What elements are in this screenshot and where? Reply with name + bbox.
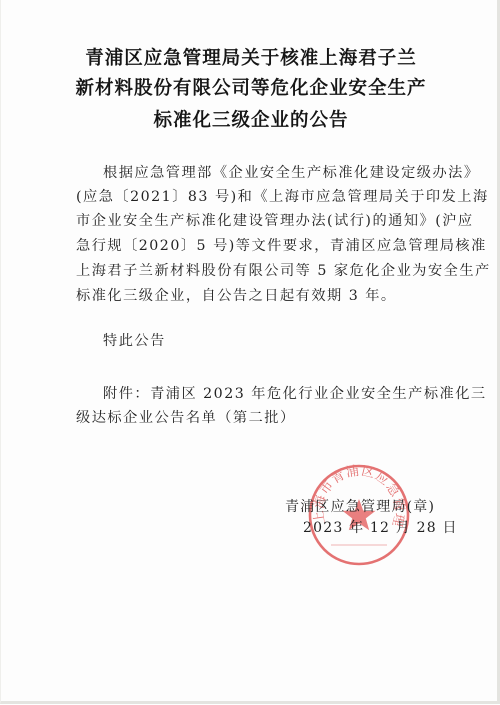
body-line-5: 上海君子兰新材料股份有限公司等 5 家危化企业为安全生产 [76, 262, 418, 280]
body-line-4: 急行规〔2020〕5 号)等文件要求，青浦区应急管理局核准 [76, 237, 418, 255]
document-title-line-1: 青浦区应急管理局关于核准上海君子兰 [61, 44, 441, 70]
attachment-line-1: 附件：青浦区 2023 年危化行业企业安全生产标准化三 [103, 385, 418, 403]
document-title-line-2: 新材料股份有限公司等危化企业安全生产 [61, 74, 441, 100]
body-line-1: 根据应急管理部《企业安全生产标准化建设定级办法》 [103, 164, 418, 182]
document-title-line-3: 标准化三级企业的公告 [61, 106, 441, 132]
closing-text: 特此公告 [103, 332, 166, 350]
attachment-line-2: 级达标企业公告名单（第二批） [76, 409, 296, 427]
body-line-6: 标准化三级企业，自公告之日起有效期 3 年。 [76, 287, 418, 305]
issue-date: 2023 年 12 月 28 日 [303, 519, 458, 537]
issuer-signature: 青浦区应急管理局(章) [285, 498, 435, 516]
body-line-2: (应急〔2021〕83 号)和《上海市应急管理局关于印发上海 [76, 188, 418, 206]
document-page: 青浦区应急管理局关于核准上海君子兰 新材料股份有限公司等危化企业安全生产 标准化… [0, 0, 500, 704]
body-line-3: 市企业安全生产标准化建设管理办法(试行)的通知》(沪应 [76, 212, 418, 230]
